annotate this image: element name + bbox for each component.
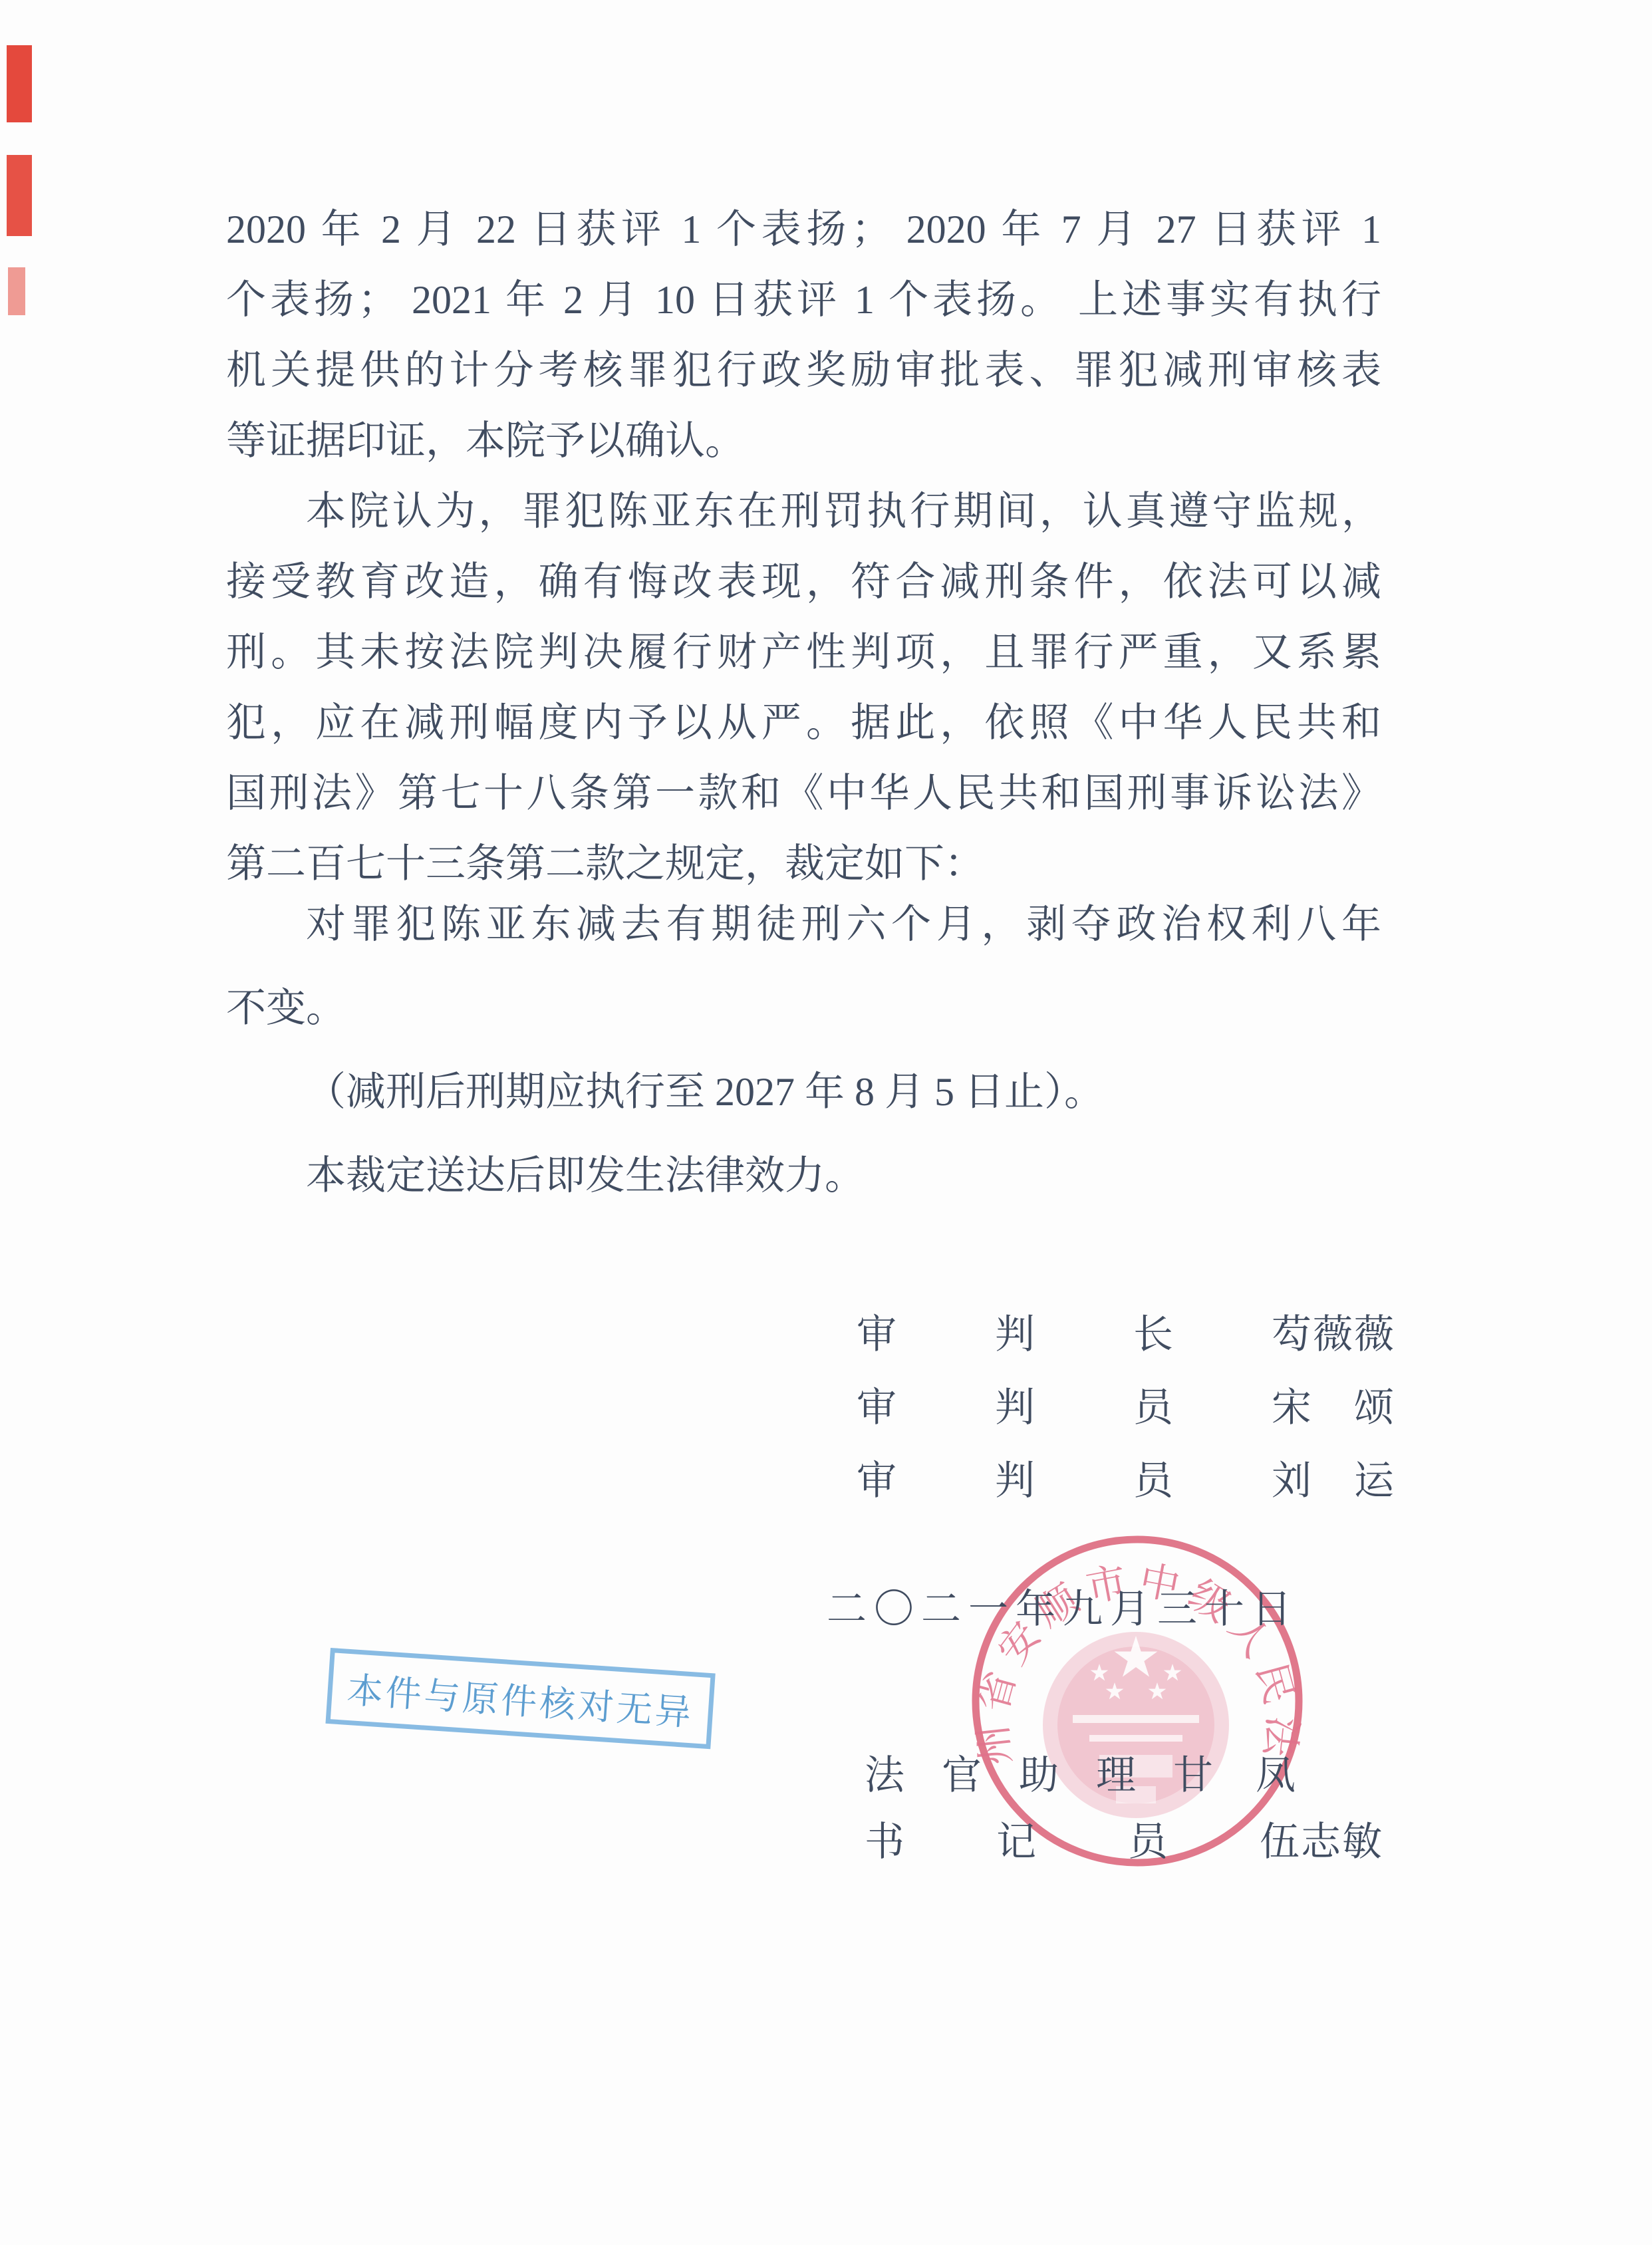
- body-line: 不变。: [226, 966, 1381, 1050]
- judge-role-label: 审判员: [857, 1459, 1272, 1503]
- body-line: 刑。其未按法院判决履行财产性判项，且罪行严重，又系累: [226, 617, 1381, 688]
- signature-row-presiding-judge: 审判长芶薇薇: [857, 1313, 1395, 1356]
- body-line: 个表扬； 2021 年 2 月 10 日获评 1 个表扬。 上述事实有执行: [226, 265, 1381, 335]
- body-line: 对罪犯陈亚东减去有期徒刑六个月，剥夺政治权利八年: [226, 882, 1381, 966]
- body-text-upper: 2020 年 2 月 22 日获评 1 个表扬； 2020 年 7 月 27 日…: [226, 194, 1381, 899]
- body-text-lower: 对罪犯陈亚东减去有期徒刑六个月，剥夺政治权利八年不变。（减刑后刑期应执行至 20…: [226, 882, 1381, 1218]
- body-line: 国刑法》第七十八条第一款和《中华人民共和国刑事诉讼法》: [226, 758, 1381, 829]
- signature-row-judge-2: 审判员刘 运: [857, 1460, 1395, 1502]
- staff-row-clerk: 书记员伍志敏: [865, 1821, 1383, 1863]
- scan-artifact-red-mark: [7, 155, 32, 236]
- scan-artifact-red-mark: [7, 45, 32, 122]
- staff-row-judge-assistant: 法官助理甘 凤: [865, 1754, 1297, 1797]
- scan-artifact-red-mark: [8, 267, 25, 315]
- body-line: 机关提供的计分考核罪犯行政奖励审批表、罪犯减刑审核表: [226, 335, 1381, 406]
- verification-stamp: 本件与原件核对无异: [325, 1648, 715, 1749]
- court-ruling-page: 2020 年 2 月 22 日获评 1 个表扬； 2020 年 7 月 27 日…: [0, 0, 1652, 2245]
- staff-name: 伍志敏: [1260, 1820, 1383, 1864]
- body-line: 接受教育改造，确有悔改表现，符合减刑条件，依法可以减: [226, 547, 1381, 617]
- verification-stamp-text: 本件与原件核对无异: [346, 1661, 696, 1735]
- judge-name: 宋 颂: [1272, 1386, 1395, 1430]
- judge-role-label: 审判长: [857, 1313, 1272, 1357]
- judge-name: 刘 运: [1272, 1459, 1395, 1503]
- staff-role-label: 法官助理: [865, 1754, 1173, 1797]
- body-line: 犯，应在减刑幅度内予以从严。据此，依照《中华人民共和: [226, 688, 1381, 758]
- staff-role-label: 书记员: [865, 1820, 1260, 1864]
- staff-name: 甘 凤: [1173, 1754, 1297, 1797]
- ruling-date: 二〇二一年九月三十日: [827, 1588, 1299, 1631]
- body-line: 2020 年 2 月 22 日获评 1 个表扬； 2020 年 7 月 27 日…: [226, 194, 1381, 265]
- judge-name: 芶薇薇: [1272, 1313, 1395, 1357]
- body-line: 本院认为，罪犯陈亚东在刑罚执行期间，认真遵守监规，: [226, 476, 1381, 547]
- body-line: 本裁定送达后即发生法律效力。: [226, 1134, 1381, 1218]
- signature-row-judge-1: 审判员宋 颂: [857, 1387, 1395, 1429]
- judge-role-label: 审判员: [857, 1386, 1272, 1430]
- body-line: （减刑后刑期应执行至 2027 年 8 月 5 日止）。: [226, 1050, 1381, 1134]
- body-line: 等证据印证，本院予以确认。: [226, 406, 1381, 476]
